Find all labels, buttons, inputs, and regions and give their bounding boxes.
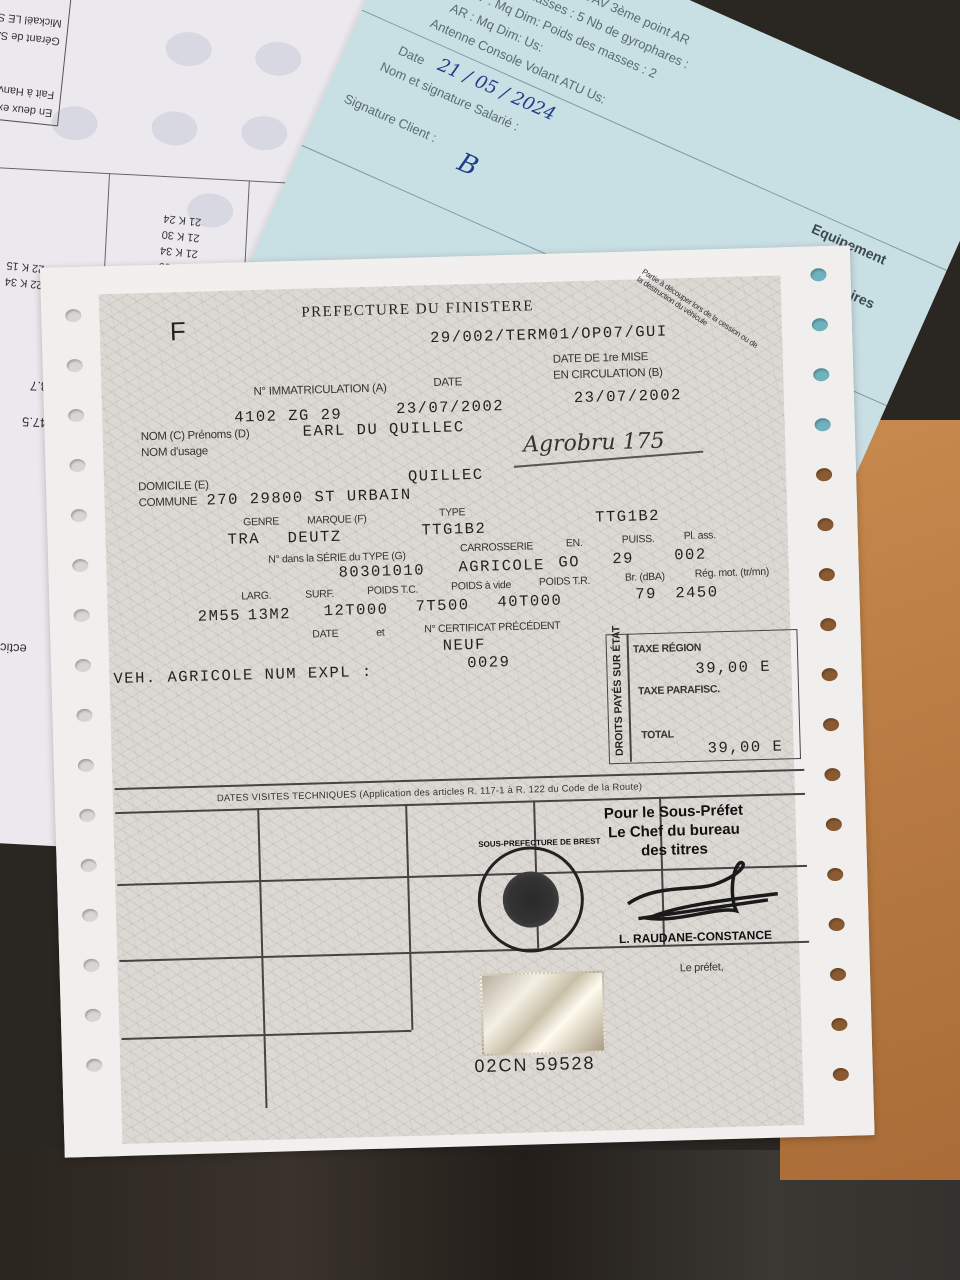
serie-value: 80301010	[338, 561, 425, 581]
poids-vide-label: POIDS à vide	[451, 579, 511, 593]
stamp-line: Mickaël LE SCOUR	[0, 6, 62, 29]
country-letter: F	[169, 316, 186, 347]
poids-tr-value: 40T000	[497, 592, 562, 612]
marque-value: DEUTZ	[287, 528, 341, 548]
places-value: 002	[674, 546, 707, 565]
poids-tc-value: 12T000	[323, 600, 388, 620]
total-value: 39,00 E	[707, 737, 783, 757]
largeur-value: 2M55	[198, 607, 242, 626]
taxe-region-value: 39,00 E	[695, 658, 771, 678]
surface-label: SURF.	[305, 588, 334, 601]
carrosserie-label: CARROSSERIE	[460, 540, 533, 554]
type-value-2: TTG1B2	[595, 507, 660, 527]
type-label: TYPE	[439, 506, 466, 519]
poids-vide-value: 7T500	[415, 596, 469, 616]
le-prefet-label: Le préfet,	[680, 961, 724, 974]
places-label: Pl. ass.	[684, 529, 716, 542]
seal-emblem-icon	[502, 871, 560, 929]
vehicule-number: 0029	[467, 653, 511, 672]
fragment-ectic: ectic	[0, 639, 27, 656]
vehicle-registration-certificate: F PREFECTURE DU FINISTERE 29/002/TERM01/…	[40, 245, 875, 1157]
upside-down-stamp-box: En deux exem Fait à Hanve Gérant de SAS …	[0, 0, 72, 126]
nom-usage-label: NOM d'usage	[141, 445, 208, 459]
code-column-2: 22 K 34 22 K 15	[4, 257, 45, 293]
client-signature-label: Signature Client :	[342, 91, 439, 145]
genre-value: TRA	[227, 530, 260, 549]
domicile-label: DOMICILE (E)	[138, 479, 209, 493]
puissance-value: 29	[612, 550, 634, 569]
certificat-value: NEUF	[442, 636, 486, 655]
regime-value: 2450	[675, 583, 719, 602]
signature-scribble-icon	[617, 859, 789, 934]
total-label: TOTAL	[641, 728, 674, 741]
puissance-label: PUISS.	[622, 533, 655, 546]
certificat-date-label: DATE	[312, 628, 338, 641]
type-value: TTG1B2	[421, 520, 486, 540]
handwritten-note: Agrobru 175	[523, 429, 665, 458]
date-label: Date	[396, 43, 427, 68]
poids-tr-label: POIDS T.R.	[539, 575, 590, 588]
serial-number: 02CN 59528	[474, 1053, 596, 1077]
marque-label: MARQUE (F)	[307, 513, 367, 527]
bruit-label: Br. (dBA)	[625, 571, 665, 584]
commune-label: COMMUNE	[138, 496, 197, 510]
genre-label: GENRE	[243, 515, 279, 528]
hologram-sticker	[480, 971, 606, 1056]
taxe-region-label: TAXE RÉGION	[633, 642, 702, 656]
regime-label: Rég. mot. (tr/mn)	[695, 566, 770, 580]
immatriculation-date: 23/07/2002	[396, 397, 504, 418]
bruit-value: 79	[635, 585, 657, 604]
energie-value: GO	[558, 553, 580, 572]
surface-value: 13M2	[248, 605, 292, 624]
energie-label: EN.	[566, 537, 583, 549]
client-signature: B	[453, 147, 483, 182]
first-circulation-date: 23/07/2002	[574, 386, 682, 407]
date-label: DATE	[433, 376, 462, 389]
domicile-value: QUILLEC	[408, 466, 484, 486]
largeur-label: LARG.	[241, 590, 271, 603]
carrosserie-value: AGRICOLE	[458, 556, 545, 576]
taxe-parafisc-label: TAXE PARAFISC.	[638, 683, 720, 697]
certificat-et-label: et	[376, 627, 385, 639]
poids-tc-label: POIDS T.C.	[367, 584, 418, 597]
